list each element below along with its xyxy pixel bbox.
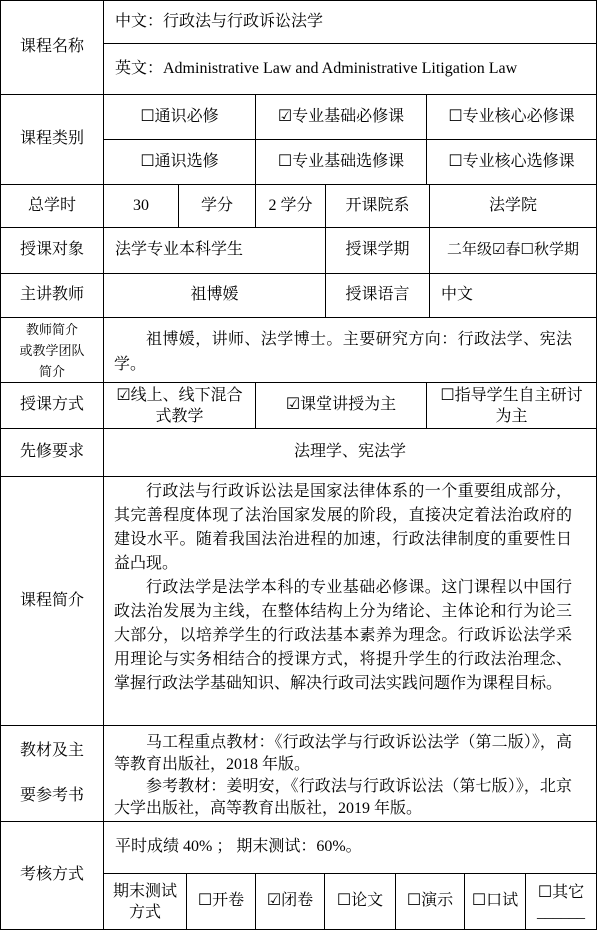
row-hours-credit-dept: 总学时 30 学分 2 学分 开课院系 法学院 — [1, 185, 596, 228]
department-value: 法学院 — [430, 185, 596, 227]
semester-value[interactable]: 二年级☑春☐秋学期 — [430, 228, 596, 273]
audience-label: 授课对象 — [1, 228, 104, 273]
department-label: 开课院系 — [326, 185, 430, 227]
row-prerequisites: 先修要求 法理学、宪法学 — [1, 429, 596, 477]
language-label: 授课语言 — [326, 274, 430, 317]
course-name-label: 课程名称 — [1, 1, 104, 94]
textbooks-paragraph-2: 参考教材：姜明安，《行政法与行政诉讼法（第七版）》，北京大学出版社，高等教育出版… — [114, 776, 572, 820]
checkbox-general-elective[interactable]: ☐通识选修 — [104, 140, 256, 184]
language-value: 中文 — [430, 274, 596, 317]
course-name-en: 英文：Administrative Law and Administrative… — [104, 44, 596, 94]
row-assessment: 考核方式 平时成绩 40% ； 期末测试：60%。 期末测试 方式 ☐开卷 ☑闭… — [1, 822, 596, 929]
teacher-label: 主讲教师 — [1, 274, 104, 317]
other-fill-in-blank[interactable]: ______ — [537, 906, 585, 920]
checkbox-closed-book[interactable]: ☑闭卷 — [256, 874, 325, 929]
textbooks-label-line2: 要参考书 — [20, 786, 84, 807]
checkbox-self-study-based[interactable]: ☐指导学生自主研讨为主 — [427, 383, 596, 428]
checkbox-general-required[interactable]: ☐通识必修 — [104, 95, 256, 140]
checkbox-oral-test[interactable]: ☐口试 — [465, 874, 526, 929]
prerequisites-value: 法理学、宪法学 — [104, 429, 596, 476]
textbooks-label-line1: 教材及主 — [20, 741, 84, 762]
row-course-name: 课程名称 中文：行政法与行政诉讼法学 英文：Administrative Law… — [1, 1, 596, 95]
row-course-intro: 课程简介 行政法与行政诉讼法是国家法律体系的一个重要组成部分，其完善程度体现了法… — [1, 477, 596, 726]
credit-label: 学分 — [179, 185, 256, 227]
total-hours-label: 总学时 — [1, 185, 104, 227]
final-test-method-label: 期末测试 方式 — [104, 874, 187, 929]
teacher-intro-label: 教师简介 或教学团队 简介 — [1, 318, 104, 382]
course-syllabus-table: 课程名称 中文：行政法与行政诉讼法学 英文：Administrative Law… — [0, 0, 597, 930]
checkbox-major-core-required[interactable]: ☐专业核心必修课 — [427, 95, 596, 140]
teacher-intro-label-line3: 简介 — [39, 361, 65, 382]
checkbox-blended-teaching[interactable]: ☑线上、线下混合式教学 — [104, 383, 256, 428]
checkbox-presentation[interactable]: ☐演示 — [396, 874, 465, 929]
row-teacher-language: 主讲教师 祖博媛 授课语言 中文 — [1, 274, 596, 318]
credit-value: 2 学分 — [256, 185, 326, 227]
final-test-label-line2: 方式 — [129, 902, 161, 923]
teacher-value: 祖博媛 — [104, 274, 326, 317]
course-intro-label: 课程简介 — [1, 477, 104, 725]
teacher-intro-text: 祖博媛，讲师、法学博士。主要研究方向：行政法学、宪法学。 — [114, 327, 572, 377]
row-course-category: 课程类别 ☐通识必修 ☑专业基础必修课 ☐专业核心必修课 ☐通识选修 ☐专业基础… — [1, 95, 596, 185]
course-intro-text-cell: 行政法与行政诉讼法是国家法律体系的一个重要组成部分，其完善程度体现了法治国家发展… — [104, 477, 596, 725]
checkbox-major-basic-required[interactable]: ☑专业基础必修课 — [256, 95, 427, 140]
checkbox-other[interactable]: ☐其它 ______ — [526, 874, 596, 929]
checkbox-major-basic-elective[interactable]: ☐专业基础选修课 — [256, 140, 427, 184]
course-intro-paragraph-2: 行政法学是法学本科的专业基础必修课。这门课程以中国行政法治发展为主线，在整体结构… — [114, 576, 572, 696]
teaching-method-label: 授课方式 — [1, 383, 104, 428]
row-audience-semester: 授课对象 法学专业本科学生 授课学期 二年级☑春☐秋学期 — [1, 228, 596, 274]
total-hours-value: 30 — [104, 185, 179, 227]
checkbox-major-core-elective[interactable]: ☐专业核心选修课 — [427, 140, 596, 184]
row-teacher-intro: 教师简介 或教学团队 简介 祖博媛，讲师、法学博士。主要研究方向：行政法学、宪法… — [1, 318, 596, 383]
audience-value: 法学专业本科学生 — [104, 228, 326, 273]
teacher-intro-label-line2: 或教学团队 — [19, 340, 84, 361]
course-name-zh: 中文：行政法与行政诉讼法学 — [104, 1, 596, 44]
prerequisites-label: 先修要求 — [1, 429, 104, 476]
checkbox-open-book[interactable]: ☐开卷 — [187, 874, 256, 929]
teacher-intro-label-line1: 教师简介 — [26, 319, 78, 340]
row-textbooks: 教材及主 要参考书 马工程重点教材：《行政法学与行政诉讼法学（第二版）》，高等教… — [1, 726, 596, 822]
course-intro-paragraph-1: 行政法与行政诉讼法是国家法律体系的一个重要组成部分，其完善程度体现了法治国家发展… — [114, 480, 572, 576]
textbooks-text-cell: 马工程重点教材：《行政法学与行政诉讼法学（第二版）》，高等教育出版社，2018 … — [104, 726, 596, 821]
row-teaching-method: 授课方式 ☑线上、线下混合式教学 ☑课堂讲授为主 ☐指导学生自主研讨为主 — [1, 383, 596, 429]
checkbox-essay[interactable]: ☐论文 — [325, 874, 396, 929]
course-category-label: 课程类别 — [1, 95, 104, 184]
assessment-label: 考核方式 — [1, 822, 104, 929]
final-test-label-line1: 期末测试 — [113, 881, 177, 902]
teacher-intro-text-cell: 祖博媛，讲师、法学博士。主要研究方向：行政法学、宪法学。 — [104, 318, 596, 382]
textbooks-paragraph-1: 马工程重点教材：《行政法学与行政诉讼法学（第二版）》，高等教育出版社，2018 … — [114, 732, 572, 776]
checkbox-lecture-based[interactable]: ☑课堂讲授为主 — [256, 383, 427, 428]
semester-label: 授课学期 — [326, 228, 430, 273]
textbooks-label: 教材及主 要参考书 — [1, 726, 104, 821]
assessment-summary: 平时成绩 40% ； 期末测试：60%。 — [104, 822, 596, 874]
checkbox-other-label[interactable]: ☐其它 — [538, 883, 584, 904]
